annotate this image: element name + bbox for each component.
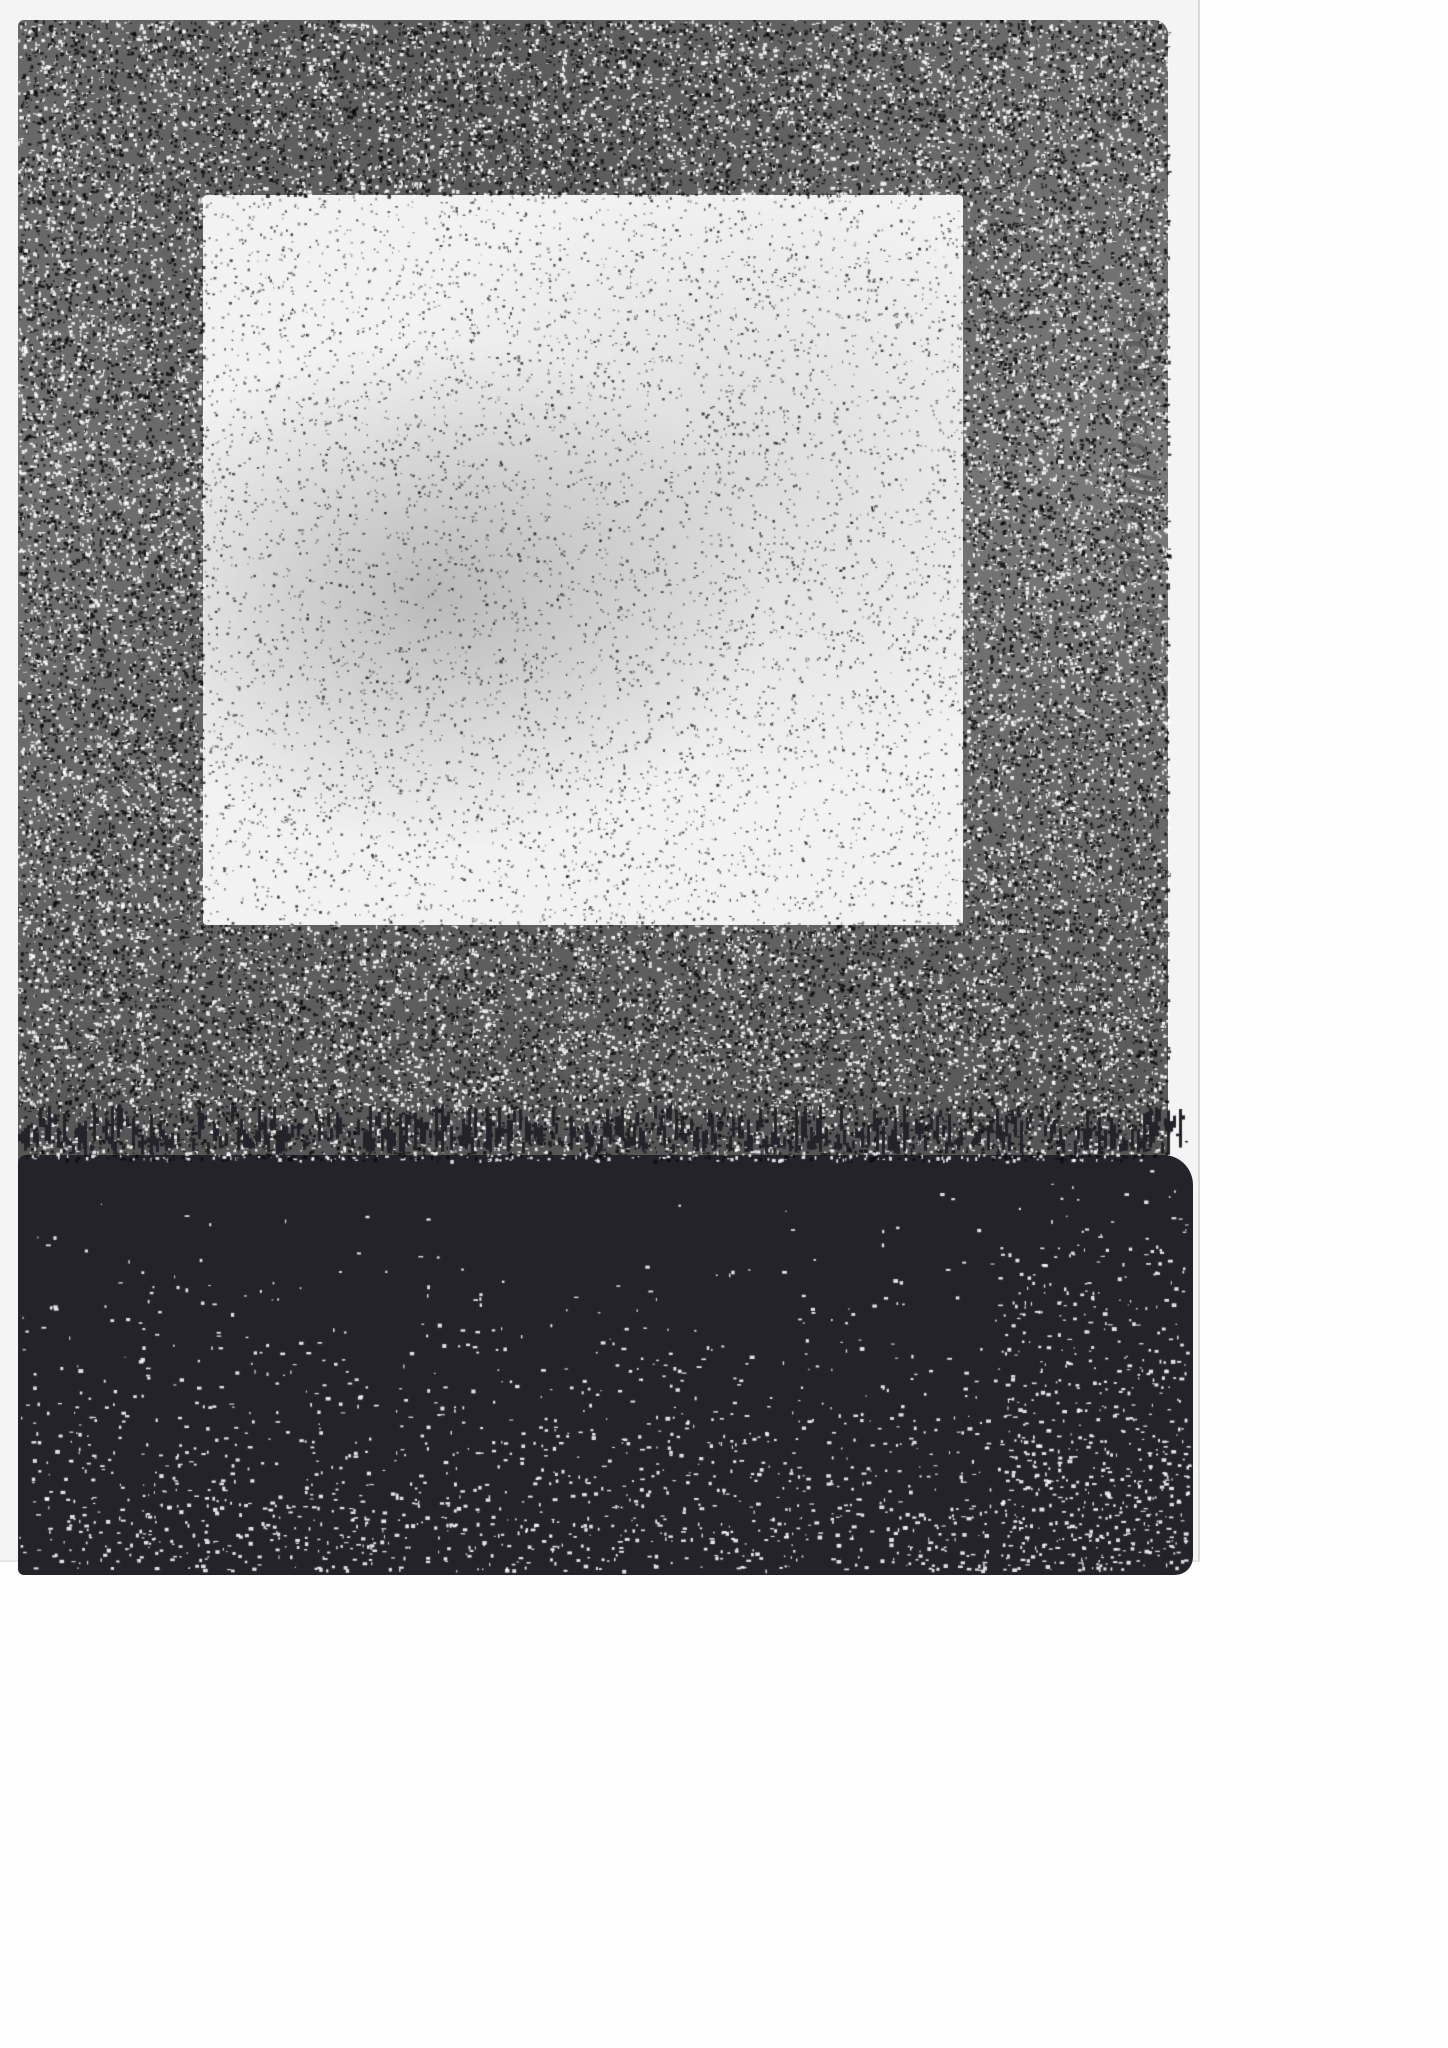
handwritten-caption: Son collage 3 xyxy=(1113,307,1164,634)
ink-speckle-texture xyxy=(18,20,1198,1580)
scanned-sheet: Son collage 3 xyxy=(0,0,1448,2048)
print-area xyxy=(18,20,1178,1560)
